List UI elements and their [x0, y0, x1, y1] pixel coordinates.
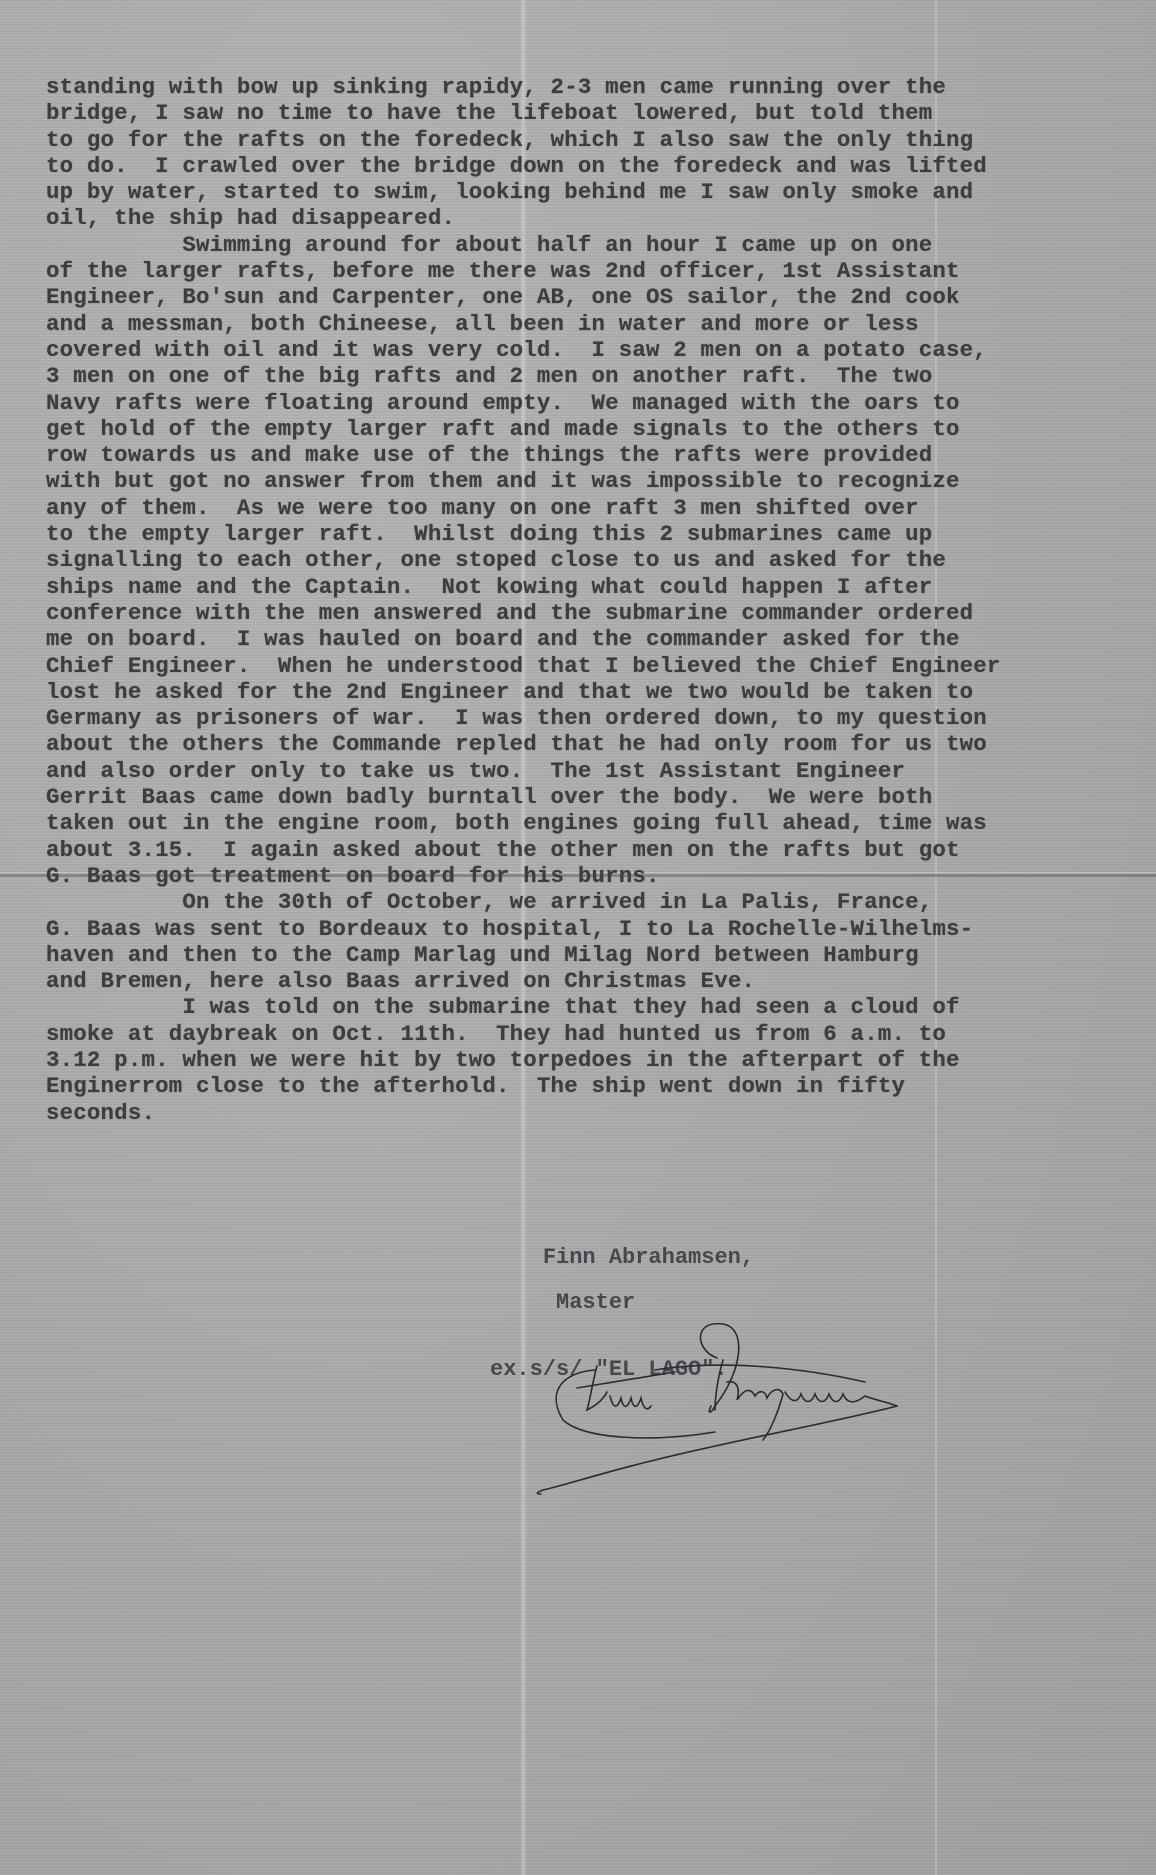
- text-line: to do. I crawled over the bridge down on…: [46, 153, 1126, 179]
- text-line: haven and then to the Camp Marlag und Mi…: [46, 942, 1126, 968]
- typewritten-body: standing with bow up sinking rapidy, 2-3…: [46, 74, 1126, 1126]
- text-line: row towards us and make use of the thing…: [46, 442, 1126, 468]
- text-line: Navy rafts were floating around empty. W…: [46, 390, 1126, 416]
- text-line: lost he asked for the 2nd Engineer and t…: [46, 679, 1126, 705]
- text-line: conference with the men answered and the…: [46, 600, 1126, 626]
- text-line: smoke at daybreak on Oct. 11th. They had…: [46, 1021, 1126, 1047]
- text-line: up by water, started to swim, looking be…: [46, 179, 1126, 205]
- text-line: Enginerrom close to the afterhold. The s…: [46, 1073, 1126, 1099]
- signer-name: Finn Abrahamsen,: [543, 1245, 754, 1270]
- document-page: standing with bow up sinking rapidy, 2-3…: [0, 0, 1156, 1875]
- text-line: standing with bow up sinking rapidy, 2-3…: [46, 74, 1126, 100]
- handwritten-signature-icon: [535, 1310, 975, 1510]
- text-line: and also order only to take us two. The …: [46, 758, 1126, 784]
- text-line: taken out in the engine room, both engin…: [46, 810, 1126, 836]
- text-line: to go for the rafts on the foredeck, whi…: [46, 127, 1126, 153]
- text-line: me on board. I was hauled on board and t…: [46, 626, 1126, 652]
- text-line: G. Baas was sent to Bordeaux to hospital…: [46, 916, 1126, 942]
- text-line: On the 30th of October, we arrived in La…: [46, 889, 1126, 915]
- text-line: signalling to each other, one stoped clo…: [46, 547, 1126, 573]
- text-line: covered with oil and it was very cold. I…: [46, 337, 1126, 363]
- text-line: and a messman, both Chineese, all been i…: [46, 311, 1126, 337]
- text-line: and Bremen, here also Baas arrived on Ch…: [46, 968, 1126, 994]
- text-line: about the others the Commande repled tha…: [46, 731, 1126, 757]
- text-line: I was told on the submarine that they ha…: [46, 994, 1126, 1020]
- text-line: 3 men on one of the big rafts and 2 men …: [46, 363, 1126, 389]
- text-line: any of them. As we were too many on one …: [46, 495, 1126, 521]
- text-line: Engineer, Bo'sun and Carpenter, one AB, …: [46, 284, 1126, 310]
- text-line: Swimming around for about half an hour I…: [46, 232, 1126, 258]
- text-line: oil, the ship had disappeared.: [46, 205, 1126, 231]
- text-line: ships name and the Captain. Not kowing w…: [46, 574, 1126, 600]
- text-line: seconds.: [46, 1100, 1126, 1126]
- text-line: 3.12 p.m. when we were hit by two torped…: [46, 1047, 1126, 1073]
- text-line: get hold of the empty larger raft and ma…: [46, 416, 1126, 442]
- text-line: of the larger rafts, before me there was…: [46, 258, 1126, 284]
- text-line: G. Baas got treatment on board for his b…: [46, 863, 1126, 889]
- text-line: with but got no answer from them and it …: [46, 468, 1126, 494]
- text-line: about 3.15. I again asked about the othe…: [46, 837, 1126, 863]
- text-line: Chief Engineer. When he understood that …: [46, 653, 1126, 679]
- text-line: to the empty larger raft. Whilst doing t…: [46, 521, 1126, 547]
- text-line: Gerrit Baas came down badly burntall ove…: [46, 784, 1126, 810]
- text-line: Germany as prisoners of war. I was then …: [46, 705, 1126, 731]
- text-line: bridge, I saw no time to have the lifebo…: [46, 100, 1126, 126]
